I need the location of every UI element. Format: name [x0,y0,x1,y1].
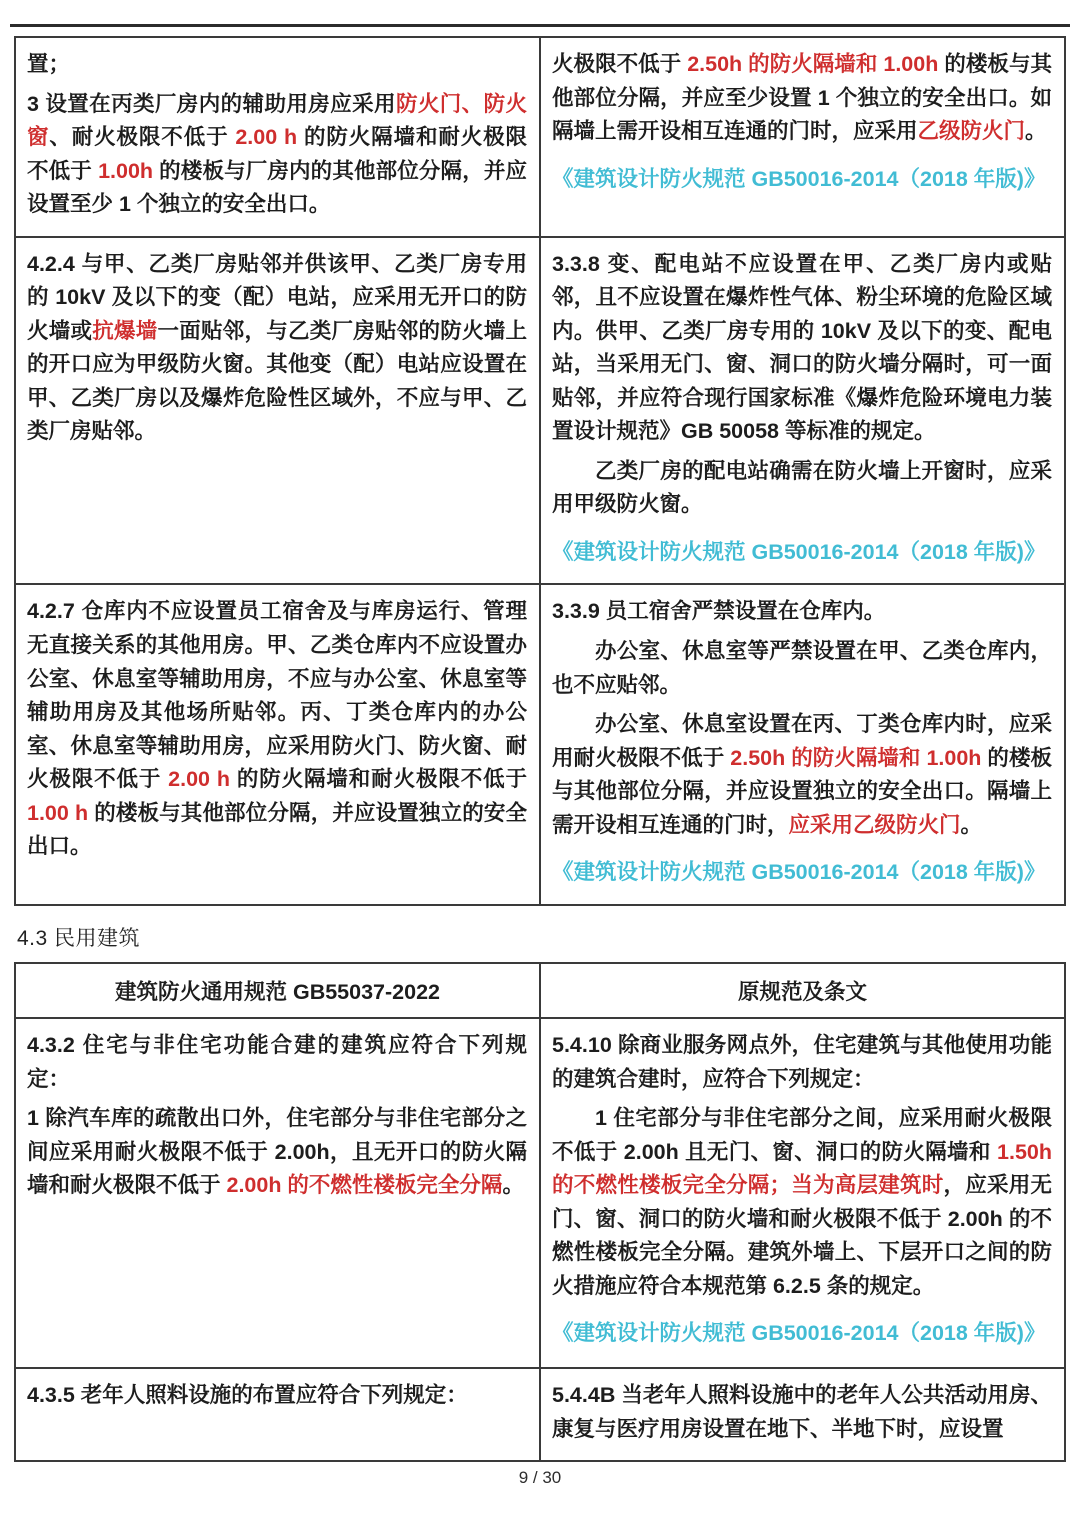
paragraph: 办公室、休息室等严禁设置在甲、乙类仓库内，也不应贴邻。 [552,635,1052,702]
paragraph: 3.3.9 员工宿舍严禁设置在仓库内。 [552,595,1052,629]
text-run: 5.4.4B 当老年人照料设施中的老年人公共活动用房、康复与医疗用房设置在地下、… [552,1383,1052,1441]
text-run: 1 住宅部分与非住宅部分之间，应采用耐火极限不低于 2.00h 且无门、窗、洞口… [552,1106,1052,1164]
text-run-red: 2.00 h [168,767,230,791]
paragraph: 4.3.5 老年人照料设施的布置应符合下列规定： [27,1379,527,1413]
table2-head: 建筑防火通用规范 GB55037-2022 原规范及条文 [15,963,1065,1018]
cell-left: 置；3 设置在丙类厂房内的辅助用房应采用防火门、防火窗、耐火极限不低于 2.00… [15,37,540,237]
table-row: 4.2.4 与甲、乙类厂房贴邻并供该甲、乙类厂房专用的 10kV 及以下的变（配… [15,237,1065,585]
table-row: 4.3.5 老年人照料设施的布置应符合下列规定：5.4.4B 当老年人照料设施中… [15,1368,1065,1461]
cell-left: 4.2.7 仓库内不应设置员工宿舍及与库房运行、管理无直接关系的其他用房。甲、乙… [15,584,540,904]
paragraph: 5.4.10 除商业服务网点外，住宅建筑与其他使用功能的建筑合建时，应符合下列规… [552,1029,1052,1096]
paragraph: 置； [27,48,527,82]
cell-left: 4.3.5 老年人照料设施的布置应符合下列规定： [15,1368,540,1461]
text-run-red: 抗爆墙 [92,319,157,343]
text-run-red: 乙级防火门 [918,119,1026,143]
text-run-cyan: 《建筑设计防火规范 GB50016-2014（2018 年版)》 [552,540,1045,564]
text-run: 火极限不低于 [552,52,687,76]
cell-right: 5.4.10 除商业服务网点外，住宅建筑与其他使用功能的建筑合建时，应符合下列规… [540,1018,1065,1368]
text-run-red: 应采用乙级防火门 [789,813,961,837]
table2-header-new-code: 建筑防火通用规范 GB55037-2022 [15,963,540,1018]
text-run-cyan: 《建筑设计防火规范 GB50016-2014（2018 年版)》 [552,860,1045,884]
cell-right: 3.3.9 员工宿舍严禁设置在仓库内。办公室、休息室等严禁设置在甲、乙类仓库内，… [540,584,1065,904]
text-run-red: 2.50h 的防火隔墙和 1.00h [730,746,981,770]
text-run: 。 [1025,119,1047,143]
paragraph: 4.2.4 与甲、乙类厂房贴邻并供该甲、乙类厂房专用的 10kV 及以下的变（配… [27,248,527,449]
document-page: 置；3 设置在丙类厂房内的辅助用房应采用防火门、防火窗、耐火极限不低于 2.00… [0,0,1080,1515]
cell-right: 火极限不低于 2.50h 的防火隔墙和 1.00h 的楼板与其他部位分隔，并应至… [540,37,1065,237]
text-run: 3.3.9 员工宿舍严禁设置在仓库内。 [552,599,885,623]
text-run: 。 [961,813,983,837]
comparison-table-factory-storage: 置；3 设置在丙类厂房内的辅助用房应采用防火门、防火窗、耐火极限不低于 2.00… [14,36,1066,906]
cell-left: 4.2.4 与甲、乙类厂房贴邻并供该甲、乙类厂房专用的 10kV 及以下的变（配… [15,237,540,585]
text-run: 4.2.7 仓库内不应设置员工宿舍及与库房运行、管理无直接关系的其他用房。甲、乙… [27,599,527,791]
text-run: 的楼板与其他部位分隔，并应设置独立的安全出口。 [27,801,527,859]
paragraph: 1 住宅部分与非住宅部分之间，应采用耐火极限不低于 2.00h 且无门、窗、洞口… [552,1102,1052,1303]
paragraph: 火极限不低于 2.50h 的防火隔墙和 1.00h 的楼板与其他部位分隔，并应至… [552,48,1052,149]
text-run: 乙类厂房的配电站确需在防火墙上开窗时，应采用甲级防火窗。 [552,459,1052,517]
comparison-table-civil-buildings: 建筑防火通用规范 GB55037-2022 原规范及条文 4.3.2 住宅与非住… [14,962,1066,1462]
section-heading: 4.3 民用建筑 [17,922,140,952]
text-run-cyan: 《建筑设计防火规范 GB50016-2014（2018 年版)》 [552,167,1045,191]
text-run: 置； [27,52,70,76]
paragraph: 乙类厂房的配电站确需在防火墙上开窗时，应采用甲级防火窗。 [552,455,1052,522]
text-run-red: 2.00 h [235,125,297,149]
table-row: 4.3.2 住宅与非住宅功能合建的建筑应符合下列规定：1 除汽车库的疏散出口外，… [15,1018,1065,1368]
text-run: 的防火隔墙和耐火极限不低于 [230,767,527,791]
paragraph: 办公室、休息室设置在丙、丁类仓库内时，应采用耐火极限不低于 2.50h 的防火隔… [552,708,1052,842]
cell-right: 5.4.4B 当老年人照料设施中的老年人公共活动用房、康复与医疗用房设置在地下、… [540,1368,1065,1461]
text-run: 。 [502,1173,524,1197]
paragraph: 3.3.8 变、配电站不应设置在甲、乙类厂房内或贴邻，且不应设置在爆炸性气体、粉… [552,248,1052,449]
citation-line: 《建筑设计防火规范 GB50016-2014（2018 年版)》 [552,1317,1052,1351]
table2-header-old-code: 原规范及条文 [540,963,1065,1018]
cell-left: 4.3.2 住宅与非住宅功能合建的建筑应符合下列规定：1 除汽车库的疏散出口外，… [15,1018,540,1368]
text-run: 5.4.10 除商业服务网点外，住宅建筑与其他使用功能的建筑合建时，应符合下列规… [552,1033,1052,1091]
table-row: 置；3 设置在丙类厂房内的辅助用房应采用防火门、防火窗、耐火极限不低于 2.00… [15,37,1065,237]
table2-body: 4.3.2 住宅与非住宅功能合建的建筑应符合下列规定：1 除汽车库的疏散出口外，… [15,1018,1065,1461]
text-run: 办公室、休息室等严禁设置在甲、乙类仓库内，也不应贴邻。 [552,639,1052,697]
paragraph: 1 除汽车库的疏散出口外，住宅部分与非住宅部分之间应采用耐火极限不低于 2.00… [27,1102,527,1203]
text-run: 、耐火极限不低于 [49,125,235,149]
page-number: 9 / 30 [0,1468,1080,1488]
paragraph: 4.3.2 住宅与非住宅功能合建的建筑应符合下列规定： [27,1029,527,1096]
text-run: 3 设置在丙类厂房内的辅助用房应采用 [27,92,396,116]
table2-header-row: 建筑防火通用规范 GB55037-2022 原规范及条文 [15,963,1065,1018]
table-row: 4.2.7 仓库内不应设置员工宿舍及与库房运行、管理无直接关系的其他用房。甲、乙… [15,584,1065,904]
cell-right: 3.3.8 变、配电站不应设置在甲、乙类厂房内或贴邻，且不应设置在爆炸性气体、粉… [540,237,1065,585]
paragraph: 3 设置在丙类厂房内的辅助用房应采用防火门、防火窗、耐火极限不低于 2.00 h… [27,88,527,222]
paragraph: 5.4.4B 当老年人照料设施中的老年人公共活动用房、康复与医疗用房设置在地下、… [552,1379,1052,1446]
text-run: 3.3.8 变、配电站不应设置在甲、乙类厂房内或贴邻，且不应设置在爆炸性气体、粉… [552,252,1052,444]
paragraph: 4.2.7 仓库内不应设置员工宿舍及与库房运行、管理无直接关系的其他用房。甲、乙… [27,595,527,863]
text-run-red: 1.00h [98,159,153,183]
citation-line: 《建筑设计防火规范 GB50016-2014（2018 年版)》 [552,163,1052,197]
text-run: 4.3.2 住宅与非住宅功能合建的建筑应符合下列规定： [27,1033,527,1091]
page-top-rule [10,24,1070,27]
text-run-red: 2.00h 的不燃性楼板完全分隔 [226,1173,502,1197]
citation-line: 《建筑设计防火规范 GB50016-2014（2018 年版)》 [552,536,1052,570]
text-run-red: 1.00 h [27,801,88,825]
text-run: 4.3.5 老年人照料设施的布置应符合下列规定： [27,1383,468,1407]
table1-body: 置；3 设置在丙类厂房内的辅助用房应采用防火门、防火窗、耐火极限不低于 2.00… [15,37,1065,905]
text-run-cyan: 《建筑设计防火规范 GB50016-2014（2018 年版)》 [552,1321,1045,1345]
citation-line: 《建筑设计防火规范 GB50016-2014（2018 年版)》 [552,856,1052,890]
text-run-red: 2.50h 的防火隔墙和 1.00h [687,52,938,76]
